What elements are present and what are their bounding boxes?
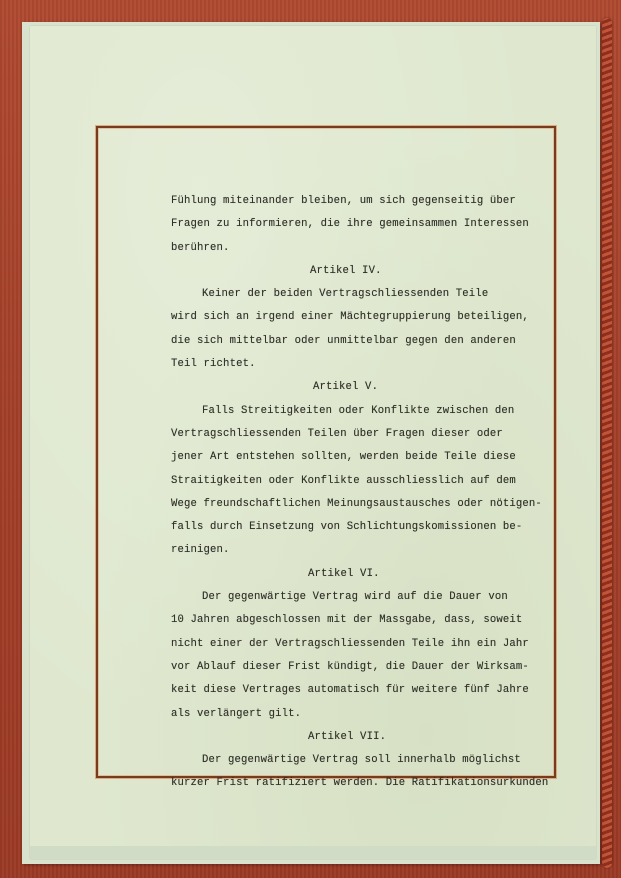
binding-cord bbox=[602, 18, 612, 868]
text-line: wird sich an irgend einer Mächtegruppier… bbox=[171, 306, 541, 329]
text-line: Der gegenwärtige Vertrag wird auf die Da… bbox=[171, 586, 541, 609]
text-line: Wege freundschaftlichen Meinungsaustausc… bbox=[171, 493, 541, 516]
text-line: falls durch Einsetzung von Schlichtungsk… bbox=[171, 516, 541, 539]
text-line: Keiner der beiden Vertragschliessenden T… bbox=[171, 283, 541, 306]
text-line: als verlängert gilt. bbox=[171, 703, 541, 726]
article-heading-v: Artikel V. bbox=[171, 376, 541, 399]
text-line: Fragen zu informieren, die ihre gemeinsa… bbox=[171, 213, 541, 236]
text-line: kurzer Frist ratifiziert werden. Die Rat… bbox=[171, 772, 541, 795]
text-line: Fühlung miteinander bleiben, um sich geg… bbox=[171, 190, 541, 213]
typed-treaty-text: Fühlung miteinander bleiben, um sich geg… bbox=[171, 190, 541, 796]
text-line: Teil richtet. bbox=[171, 353, 541, 376]
text-line: berühren. bbox=[171, 237, 541, 260]
page-edge bbox=[30, 846, 596, 859]
text-line: Der gegenwärtige Vertrag soll innerhalb … bbox=[171, 749, 541, 772]
text-line: 10 Jahren abgeschlossen mit der Massgabe… bbox=[171, 609, 541, 632]
text-line: reinigen. bbox=[171, 539, 541, 562]
article-heading-vi: Artikel VI. bbox=[171, 563, 541, 586]
text-line: Falls Streitigkeiten oder Konflikte zwis… bbox=[171, 400, 541, 423]
text-line: Straitigkeiten oder Konflikte ausschlies… bbox=[171, 470, 541, 493]
text-line: nicht einer der Vertragschliessenden Tei… bbox=[171, 633, 541, 656]
text-line: vor Ablauf dieser Frist kündigt, die Dau… bbox=[171, 656, 541, 679]
text-line: jener Art entstehen sollten, werden beid… bbox=[171, 446, 541, 469]
text-line: keit diese Vertrages automatisch für wei… bbox=[171, 679, 541, 702]
article-heading-vii: Artikel VII. bbox=[171, 726, 541, 749]
text-line: die sich mittelbar oder unmittelbar gege… bbox=[171, 330, 541, 353]
article-heading-iv: Artikel IV. bbox=[171, 260, 541, 283]
text-line: Vertragschliessenden Teilen über Fragen … bbox=[171, 423, 541, 446]
